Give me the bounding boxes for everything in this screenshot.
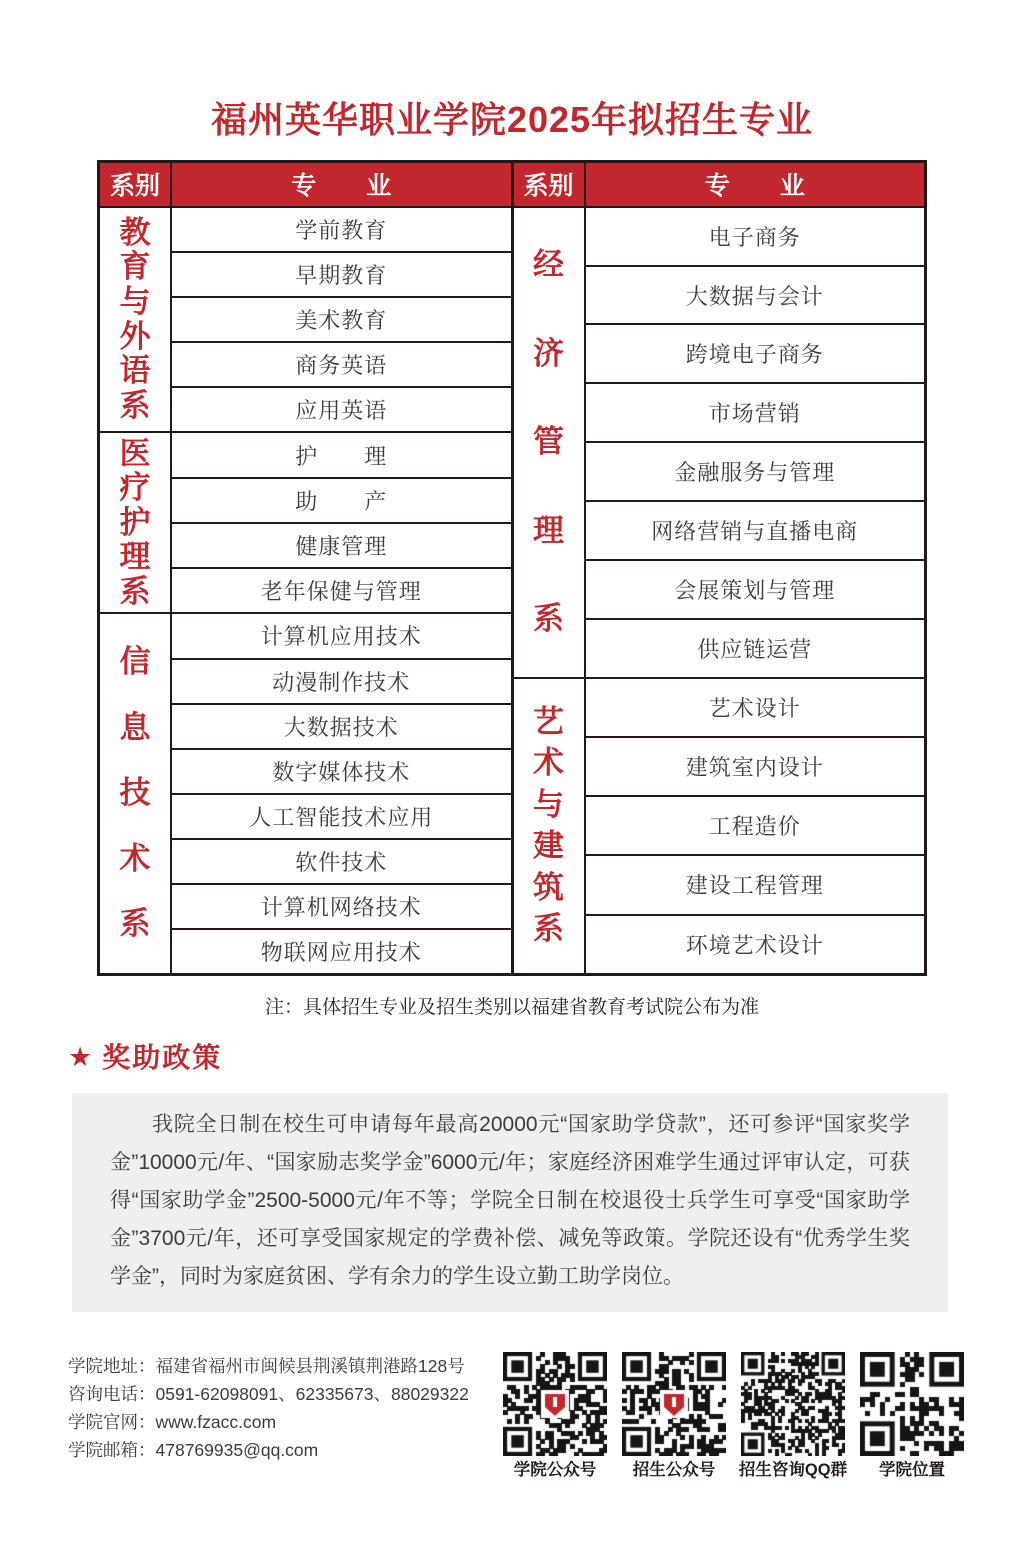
major-cell: 建筑室内设计 (586, 736, 925, 795)
major-cell: 大数据技术 (172, 703, 511, 748)
major-cell: 应用英语 (172, 386, 511, 431)
table-header-left: 系别 专 业 (100, 163, 511, 208)
department-name-char: 艺 (533, 706, 564, 739)
department-name-char: 济 (533, 338, 564, 371)
qr-item: 学院公众号 (500, 1352, 610, 1481)
contact-address: 学院地址：福建省福州市闽候县荆溪镇荆港路128号 (68, 1352, 482, 1380)
qr-label: 招生公众号 (633, 1461, 716, 1481)
department-name-char: 筑 (533, 872, 564, 905)
contact-info: 学院地址：福建省福州市闽候县荆溪镇荆港路128号 咨询电话：0591-62098… (68, 1352, 482, 1464)
qr-item: 学院位置 (857, 1352, 967, 1481)
major-rows: 电子商务大数据与会计跨境电子商务市场营销金融服务与管理网络营销与直播电商会展策划… (586, 208, 925, 678)
major-cell: 计算机网络技术 (172, 883, 511, 928)
major-cell: 健康管理 (172, 522, 511, 567)
department-section: 信息技术系计算机应用技术动漫制作技术大数据技术数字媒体技术人工智能技术应用软件技… (100, 612, 511, 972)
department-name-char: 理 (533, 515, 564, 548)
policy-heading-text: 奖助政策 (102, 1043, 222, 1074)
department-name-char: 建 (533, 830, 564, 863)
department-name-char: 系 (120, 576, 151, 609)
department-name-char: 经 (533, 249, 564, 282)
major-rows: 护 理助 产健康管理老年保健与管理 (172, 433, 511, 612)
table-header-right: 系别 专 业 (514, 163, 925, 208)
department-name: 教育与外语系 (100, 208, 172, 432)
qr-label: 学院公众号 (514, 1461, 597, 1481)
table-left-half: 系别 专 业 教育与外语系学前教育早期教育美术教育商务英语应用英语医疗护理系护 … (100, 163, 511, 973)
department-name-char: 护 (120, 507, 151, 540)
major-rows: 学前教育早期教育美术教育商务英语应用英语 (172, 208, 511, 432)
department-name-char: 语 (120, 355, 151, 388)
major-cell: 计算机应用技术 (172, 614, 511, 657)
department-name-char: 管 (533, 426, 564, 459)
department-section: 教育与外语系学前教育早期教育美术教育商务英语应用英语 (100, 208, 511, 432)
department-name-char: 外 (120, 321, 151, 354)
qr-code (741, 1352, 845, 1456)
major-cell: 早期教育 (172, 251, 511, 296)
majors-table: 系别 专 业 教育与外语系学前教育早期教育美术教育商务英语应用英语医疗护理系护 … (97, 160, 927, 976)
major-cell: 供应链运营 (586, 618, 925, 677)
star-icon: ★ (68, 1044, 92, 1071)
page-title: 福州英华职业学院2025年拟招生专业 (0, 100, 1024, 140)
department-name: 医疗护理系 (100, 433, 172, 612)
department-section: 经济管理系电子商务大数据与会计跨境电子商务市场营销金融服务与管理网络营销与直播电… (514, 208, 925, 678)
major-cell: 动漫制作技术 (172, 658, 511, 703)
qr-item: 招生公众号 (619, 1352, 729, 1481)
major-cell: 数字媒体技术 (172, 748, 511, 793)
header-dept-label: 系别 (100, 163, 172, 206)
major-cell: 会展策划与管理 (586, 559, 925, 618)
qr-label: 学院位置 (879, 1461, 945, 1481)
footer: 学院地址：福建省福州市闽候县荆溪镇荆港路128号 咨询电话：0591-62098… (68, 1352, 1024, 1481)
contact-phone: 咨询电话：0591-62098091、62335673、88029322 (68, 1380, 482, 1408)
major-cell: 老年保健与管理 (172, 567, 511, 612)
qr-group: 学院公众号招生公众号招生咨询QQ群学院位置 (500, 1352, 967, 1481)
department-name-char: 医 (120, 438, 151, 471)
major-cell: 建设工程管理 (586, 854, 925, 913)
qr-label: 招生咨询QQ群 (739, 1461, 847, 1481)
policy-heading: ★ 奖助政策 (68, 1043, 1024, 1074)
department-name-char: 技 (120, 777, 151, 810)
qr-code-image (503, 1352, 607, 1456)
major-cell: 网络营销与直播电商 (586, 500, 925, 559)
department-name-char: 术 (120, 843, 151, 876)
contact-website: 学院官网：www.fzacc.com (68, 1408, 482, 1436)
department-name-char: 疗 (120, 472, 151, 505)
header-major-label: 专 业 (586, 163, 925, 206)
table-left-body: 教育与外语系学前教育早期教育美术教育商务英语应用英语医疗护理系护 理助 产健康管… (100, 208, 511, 973)
header-dept-label: 系别 (514, 163, 586, 206)
major-cell: 人工智能技术应用 (172, 793, 511, 838)
department-name-char: 与 (533, 789, 564, 822)
department-section: 医疗护理系护 理助 产健康管理老年保健与管理 (100, 431, 511, 612)
department-name-char: 育 (120, 251, 151, 284)
major-cell: 艺术设计 (586, 679, 925, 736)
major-cell: 助 产 (172, 477, 511, 522)
major-rows: 计算机应用技术动漫制作技术大数据技术数字媒体技术人工智能技术应用软件技术计算机网… (172, 614, 511, 972)
table-right-half: 系别 专 业 经济管理系电子商务大数据与会计跨境电子商务市场营销金融服务与管理网… (511, 163, 925, 973)
major-cell: 大数据与会计 (586, 265, 925, 324)
major-cell: 学前教育 (172, 208, 511, 251)
department-name-char: 系 (533, 913, 564, 946)
table-note: 注：具体招生专业及招生类别以福建省教育考试院公布为准 (0, 992, 1024, 1019)
qr-item: 招生咨询QQ群 (738, 1352, 848, 1481)
major-cell: 跨境电子商务 (586, 323, 925, 382)
department-name-char: 系 (120, 908, 151, 941)
qr-code-with-school-logo (622, 1352, 726, 1456)
major-cell: 市场营销 (586, 382, 925, 441)
qr-code-image (741, 1352, 845, 1456)
department-name-char: 理 (120, 541, 151, 574)
department-name-char: 教 (120, 217, 151, 250)
contact-email: 学院邮箱：478769935@qq.com (68, 1436, 482, 1464)
major-cell: 环境艺术设计 (586, 914, 925, 973)
major-cell: 金融服务与管理 (586, 441, 925, 500)
policy-body-text: 我院全日制在校生可申请每年最高20000元“国家助学贷款”，还可参评“国家奖学金… (110, 1106, 910, 1296)
department-name: 艺术与建筑系 (514, 679, 586, 972)
department-name-char: 信 (120, 646, 151, 679)
header-major-label: 专 业 (172, 163, 511, 206)
major-cell: 电子商务 (586, 208, 925, 265)
major-cell: 美术教育 (172, 296, 511, 341)
major-rows: 艺术设计建筑室内设计工程造价建设工程管理环境艺术设计 (586, 679, 925, 972)
qr-code-image (860, 1352, 964, 1456)
policy-panel: 我院全日制在校生可申请每年最高20000元“国家助学贷款”，还可参评“国家奖学金… (72, 1093, 948, 1312)
department-name-char: 与 (120, 286, 151, 319)
department-name: 信息技术系 (100, 614, 172, 972)
major-cell: 软件技术 (172, 838, 511, 883)
department-name-char: 术 (533, 747, 564, 780)
major-cell: 物联网应用技术 (172, 928, 511, 973)
department-name-char: 系 (120, 390, 151, 423)
department-name-char: 系 (533, 603, 564, 636)
table-right-body: 经济管理系电子商务大数据与会计跨境电子商务市场营销金融服务与管理网络营销与直播电… (514, 208, 925, 973)
qr-code (860, 1352, 964, 1456)
department-section: 艺术与建筑系艺术设计建筑室内设计工程造价建设工程管理环境艺术设计 (514, 677, 925, 972)
qr-code-image (622, 1352, 726, 1456)
qr-code-with-school-logo (503, 1352, 607, 1456)
department-name: 经济管理系 (514, 208, 586, 678)
major-cell: 商务英语 (172, 341, 511, 386)
department-name-char: 息 (120, 712, 151, 745)
major-cell: 护 理 (172, 433, 511, 476)
major-cell: 工程造价 (586, 795, 925, 854)
